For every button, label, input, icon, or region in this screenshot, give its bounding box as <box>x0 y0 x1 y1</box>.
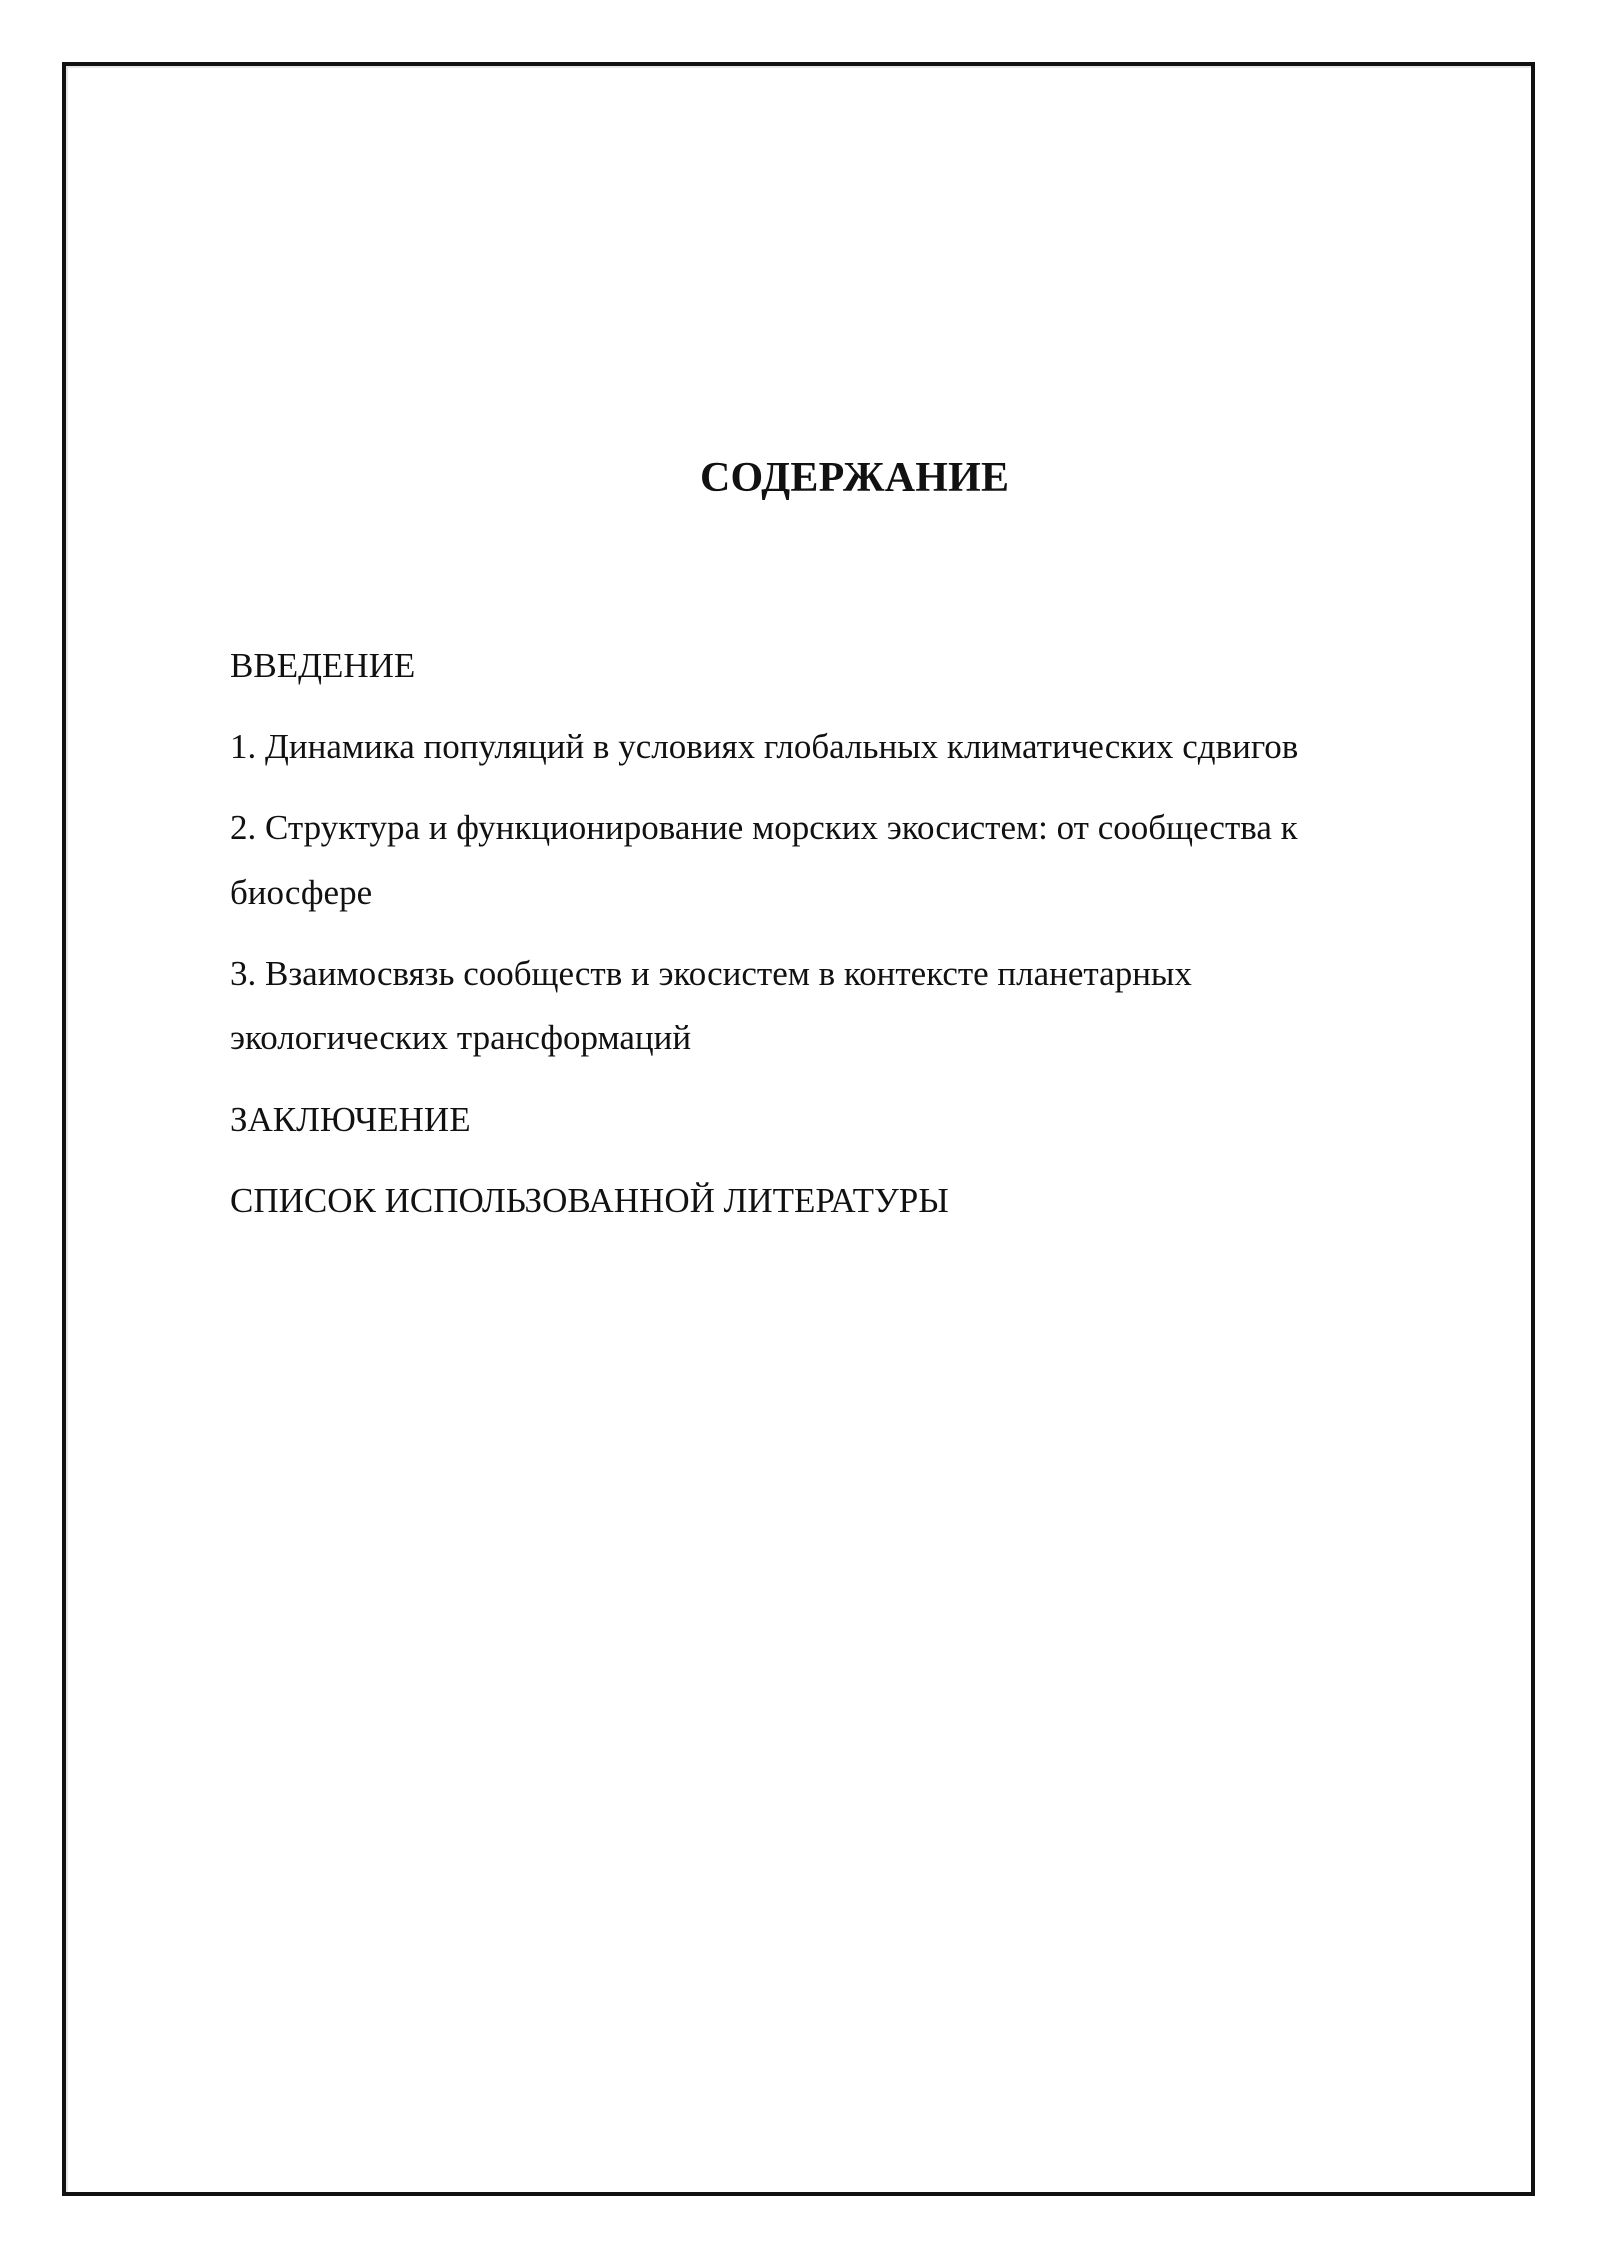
toc-entry-conclusion: ЗАКЛЮЧЕНИЕ <box>230 1100 471 1140</box>
toc-entry-chapter-2-continued: биосфере <box>230 873 372 913</box>
toc-entry-chapter-3-continued: экологических трансформаций <box>230 1018 691 1058</box>
toc-entry-chapter-1: 1. Динамика популяций в условиях глобаль… <box>230 727 1298 767</box>
toc-entry-introduction: ВВЕДЕНИЕ <box>230 646 415 686</box>
toc-entry-references: СПИСОК ИСПОЛЬЗОВАННОЙ ЛИТЕРАТУРЫ <box>230 1181 949 1221</box>
toc-entry-chapter-3: 3. Взаимосвязь сообществ и экосистем в к… <box>230 954 1192 994</box>
toc-title: СОДЕРЖАНИЕ <box>700 452 1009 504</box>
toc-entry-chapter-2: 2. Структура и функционирование морских … <box>230 808 1298 848</box>
